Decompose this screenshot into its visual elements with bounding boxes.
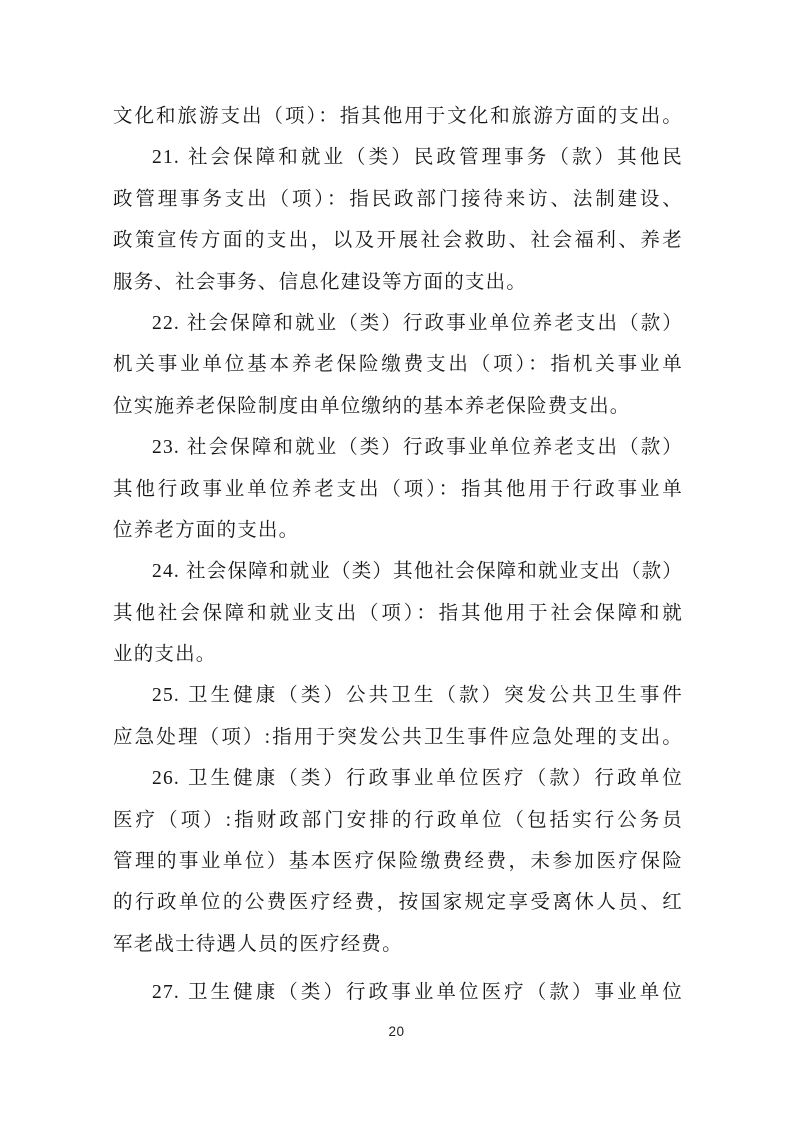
- text-line: 位养老方面的支出。: [113, 510, 683, 551]
- text-line: 21. 社会保障和就业（类）民政管理事务（款）其他民: [113, 137, 683, 178]
- text-line: 服务、社会事务、信息化建设等方面的支出。: [113, 262, 683, 303]
- text-line: 其他行政事业单位养老支出（项）：指其他用于行政事业单: [113, 469, 683, 510]
- text-line: 27. 卫生健康（类）行政事业单位医疗（款）事业单位: [113, 972, 683, 1013]
- text-line: 机关事业单位基本养老保险缴费支出（项）：指机关事业单: [113, 344, 683, 385]
- text-line: 业的支出。: [113, 634, 683, 675]
- text-line: 23. 社会保障和就业（类）行政事业单位养老支出（款）: [113, 427, 683, 468]
- text-line: 管理的事业单位）基本医疗保险缴费经费，未参加医疗保险: [113, 841, 683, 882]
- document-page: 文化和旅游支出（项）：指其他用于文化和旅游方面的支出。21. 社会保障和就业（类…: [0, 0, 793, 1122]
- text-line: 24. 社会保障和就业（类）其他社会保障和就业支出（款）: [113, 551, 683, 592]
- text-line: 25. 卫生健康（类）公共卫生（款）突发公共卫生事件: [113, 675, 683, 716]
- text-line: 政管理事务支出（项）：指民政部门接待来访、法制建设、: [113, 179, 683, 220]
- text-line: 政策宣传方面的支出，以及开展社会救助、社会福利、养老: [113, 220, 683, 261]
- body-text: 文化和旅游支出（项）：指其他用于文化和旅游方面的支出。21. 社会保障和就业（类…: [113, 96, 683, 1014]
- text-line: 文化和旅游支出（项）：指其他用于文化和旅游方面的支出。: [113, 96, 683, 137]
- text-line: 26. 卫生健康（类）行政事业单位医疗（款）行政单位: [113, 758, 683, 799]
- page-number: 20: [0, 1024, 793, 1039]
- text-line: 应急处理（项）:指用于突发公共卫生事件应急处理的支出。: [113, 717, 683, 758]
- text-line: 22. 社会保障和就业（类）行政事业单位养老支出（款）: [113, 303, 683, 344]
- text-line: 的行政单位的公费医疗经费，按国家规定享受离休人员、红: [113, 882, 683, 923]
- text-line: 其他社会保障和就业支出（项）：指其他用于社会保障和就: [113, 593, 683, 634]
- text-line: 医疗（项）:指财政部门安排的行政单位（包括实行公务员: [113, 800, 683, 841]
- text-line: 军老战士待遇人员的医疗经费。: [113, 924, 683, 965]
- text-line: 位实施养老保险制度由单位缴纳的基本养老保险费支出。: [113, 386, 683, 427]
